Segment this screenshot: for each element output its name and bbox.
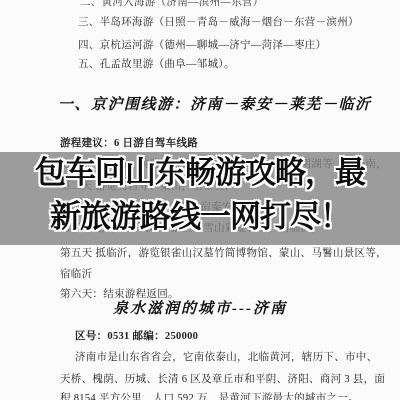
doc-line-route-3: 三、半岛环海游（日照－青岛－威海－烟台－东营－滨州）	[78, 14, 359, 29]
jinan-paragraph-line-1: 济南市是山东省省会，它南依泰山，北临黄河，辖历下、市中、	[75, 349, 377, 364]
doc-line-route-2-clipped: 二、黄河入海游（济南—滨州—东营）	[80, 0, 264, 9]
document-page: 二、黄河入海游（济南—滨州—东营） 三、半岛环海游（日照－青岛－威海－烟台－东营…	[0, 0, 400, 400]
doc-line-route-5: 五、孔孟故里游（曲阜—邹城）。	[78, 56, 235, 71]
doc-line-day-5: 第五天 抵临沂，游览银雀山汉墓竹简博物馆、蒙山、马鬐山景区等，	[60, 245, 387, 260]
section-heading-route-1: 一、京沪围线游：济南－泰安－莱芜－临沂	[58, 93, 372, 114]
headline-line-1: 包车回山东畅游攻略，最	[0, 151, 400, 195]
itinerary-advice-line: 游程建议：6 日游自驾车线路	[60, 135, 198, 150]
doc-line-day-5-cont: 宿临沂	[60, 266, 92, 281]
city-section-heading: 泉水滋润的城市---济南	[0, 297, 400, 318]
headline-line-2: 新旅游路线一网打尽！	[0, 195, 400, 239]
jinan-paragraph-line-2: 天桥、槐荫、历城、长清 6 区及章丘市和平阴、济阳、商河 3 县，面	[60, 371, 385, 386]
doc-line-route-4: 四、京杭运河游（德州—聊城—济宁—菏泽—枣庄）	[78, 37, 326, 52]
area-postal-codes-line: 区号：0531 邮编：250000	[75, 328, 198, 343]
headline-overlay: 包车回山东畅游攻略，最 新旅游路线一网打尽！	[0, 151, 400, 239]
jinan-paragraph-line-3: 积 8154 平方公里，人口 592 万，是黄河下游最大的城市之一。	[60, 390, 359, 400]
